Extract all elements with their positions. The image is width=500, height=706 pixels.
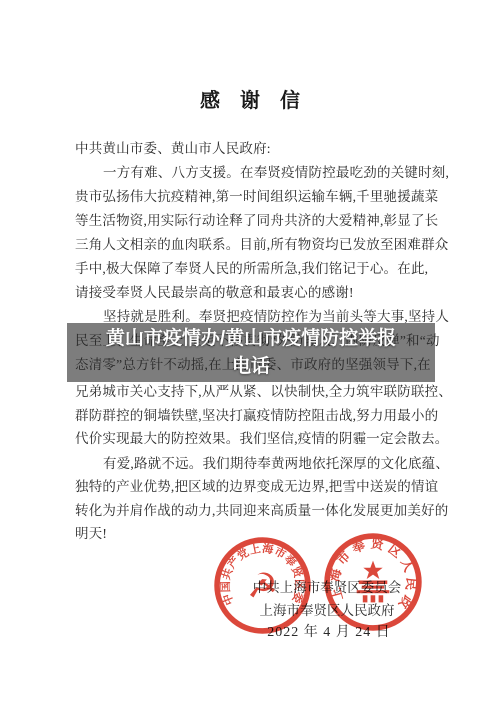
caption-line-1: 黄山市疫情办/黄山市疫情防控举报 [67, 325, 435, 353]
letter-line: 明天! [75, 526, 107, 542]
letter-line: 群防群控的铜墙铁壁,坚决打赢疫情防控阻击战,努力用最小的 [75, 408, 438, 424]
letter-line: 三角人文相亲的血肉联系。目前,所有物资均已发放至困难群众 [75, 237, 448, 253]
letter-line: 手中,极大保障了奉贤人民的所需所急,我们铭记于心。在此, [75, 261, 428, 277]
letter-line: 一方有难、八方支援。在奉贤疫情防控最吃劲的关键时刻, [103, 165, 449, 181]
letter-line: 独特的产业优势,把区域的边界变成无边界,把雪中送炭的情谊 [75, 479, 438, 495]
news-caption-overlay: 黄山市疫情办/黄山市疫情防控举报 电话 [67, 323, 435, 382]
letter-salutation: 中共黄山市委、黄山市人民政府: [75, 141, 271, 157]
government-seal: 上海市奉贤区人民政府 [322, 531, 424, 633]
party-seal: 中国共产党上海市奉贤区委员会 ☭ [212, 535, 313, 636]
letter-line: 有爱,路就不远。我们期待奉黄两地依托深厚的文化底蕴、 [103, 456, 449, 472]
letter-title: 感 谢 信 [0, 84, 500, 113]
letter-line: 转化为并肩作战的动力,共同迎来高质量一体化发展更加美好的 [75, 503, 448, 519]
letter-line: 贵市弘扬伟大抗疫精神,第一时间组织运输车辆,千里驰援蔬菜 [75, 189, 438, 205]
hammer-sickle-icon: ☭ [247, 567, 278, 607]
letter-line: 请接受奉贤人民最崇高的敬意和最衷心的感谢! [75, 285, 354, 301]
letter-line: 等生活物资,用实际行动诠释了同舟共济的大爱精神,彰显了长 [75, 213, 438, 229]
letter-line: 兄弟城市关心支持下,从严从紧、以快制快,全力筑牢联防联控、 [75, 384, 452, 400]
national-emblem-icon [357, 561, 390, 603]
letter-line: 代价实现最大的防控效果。我们坚信,疫情的阴霾一定会散去。 [75, 431, 448, 447]
letter-page: 感 谢 信 中共黄山市委、黄山市人民政府: 一方有难、八方支援。在奉贤疫情防控最… [0, 0, 500, 706]
caption-line-2: 电话 [67, 353, 435, 381]
